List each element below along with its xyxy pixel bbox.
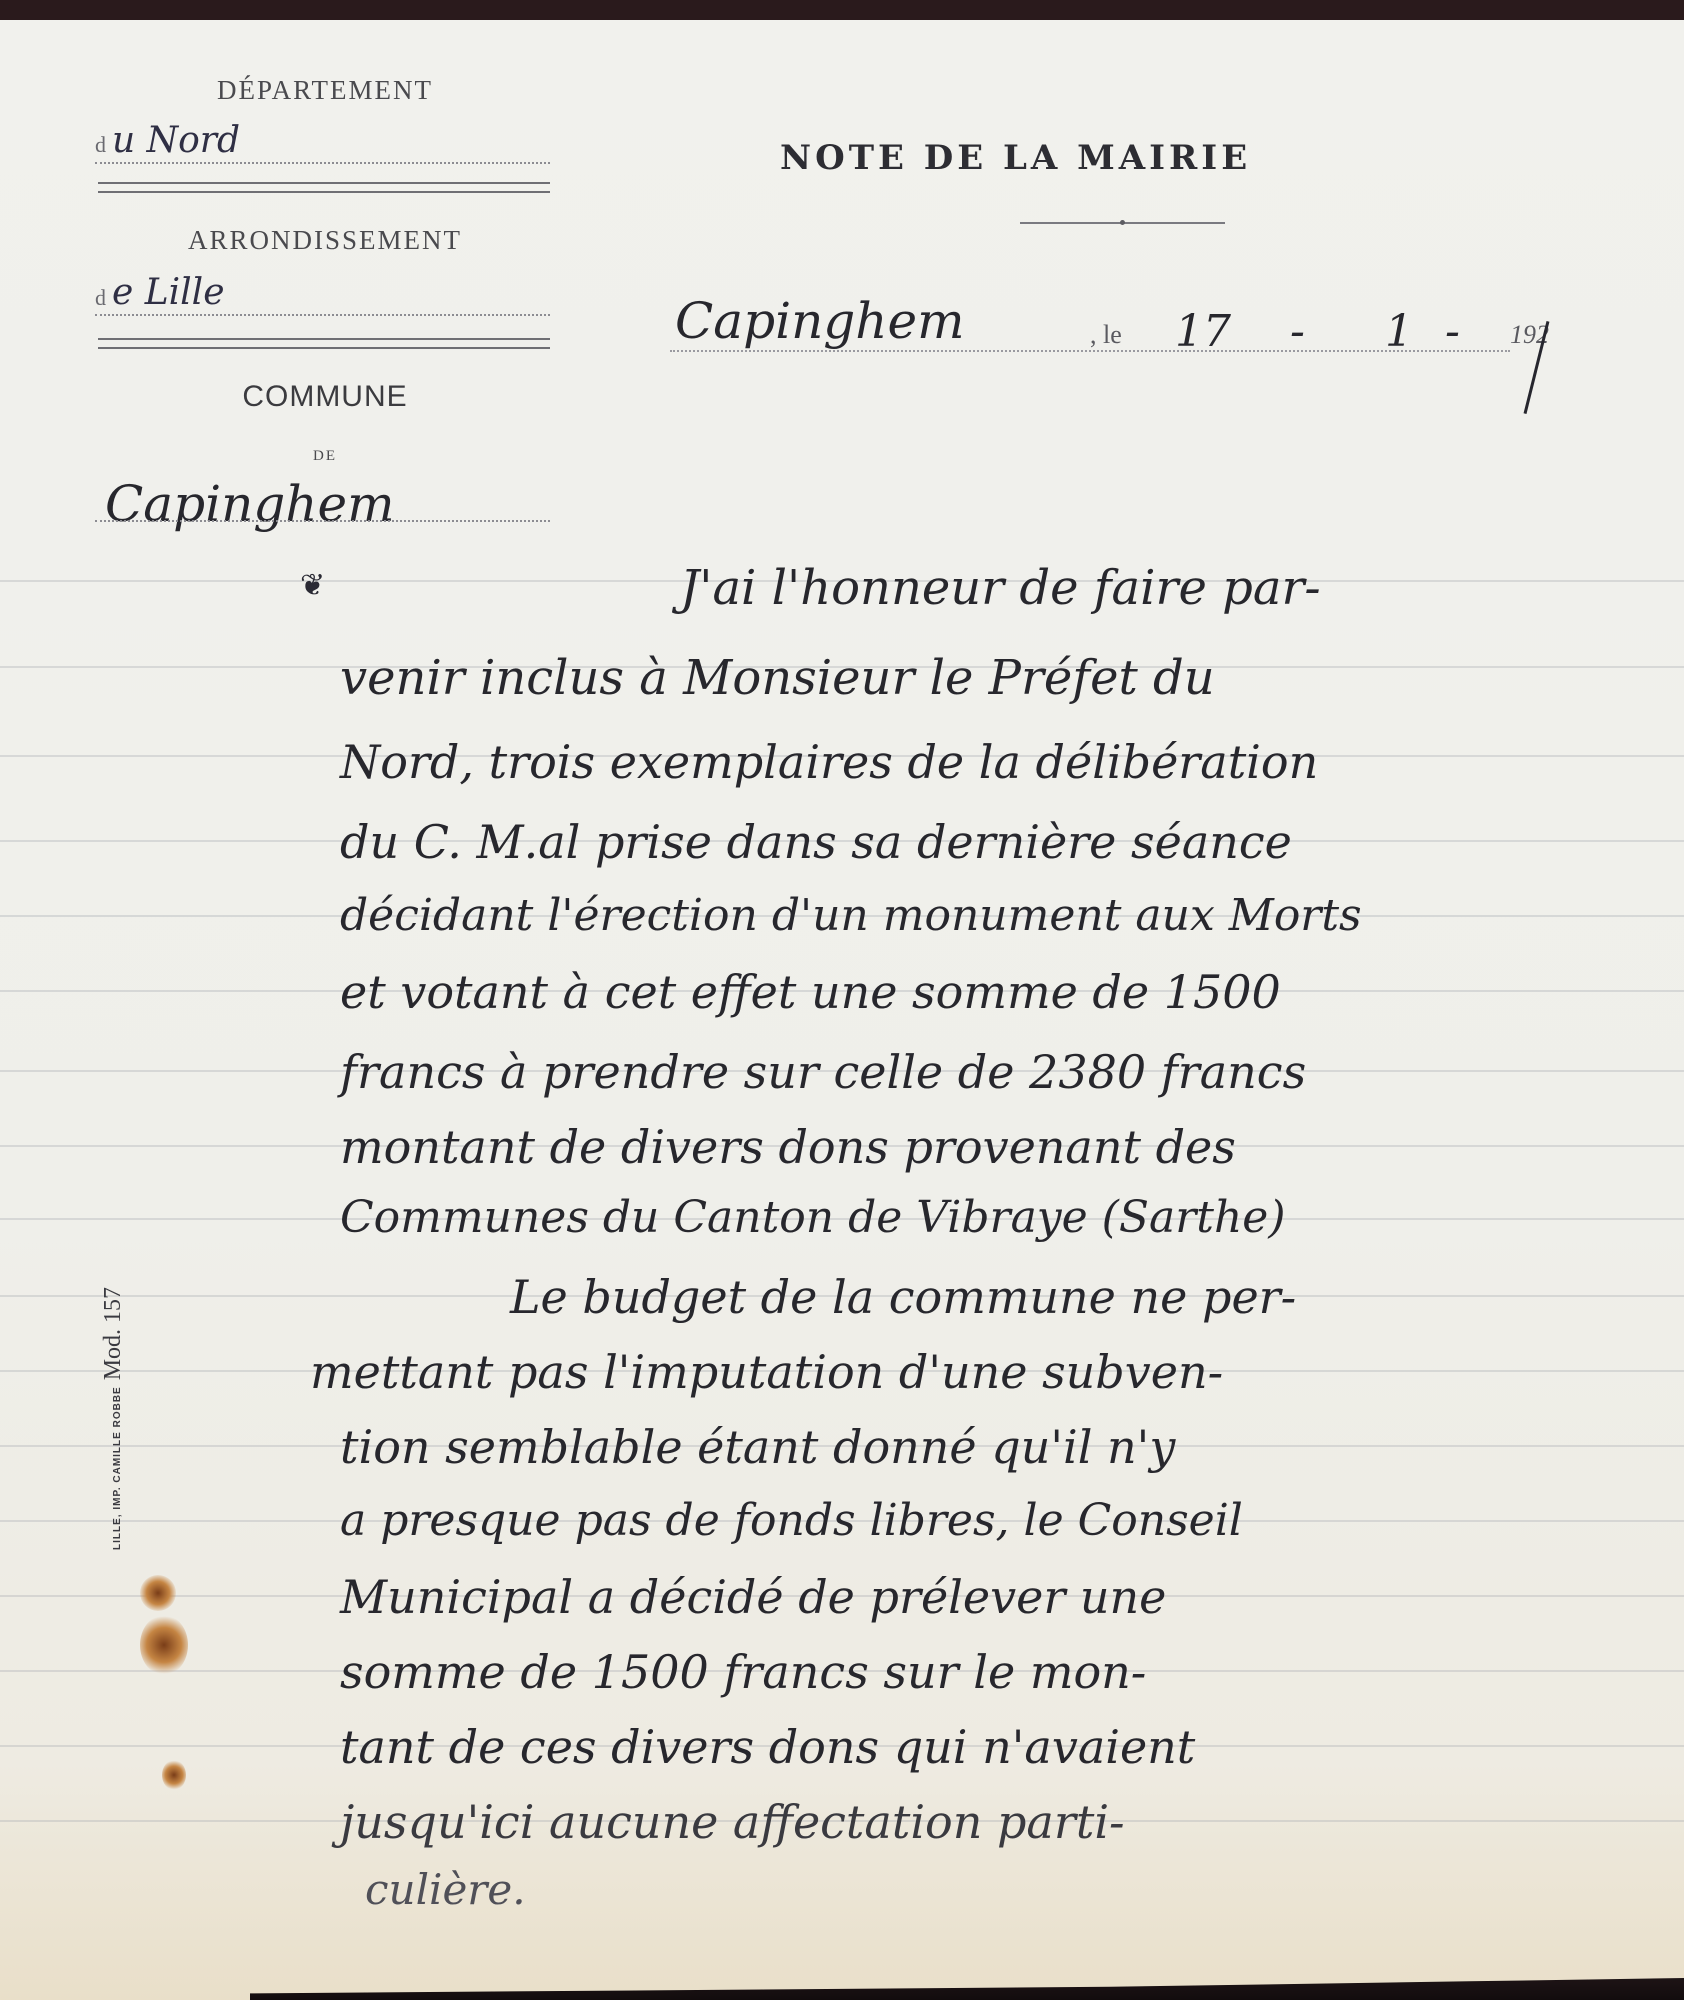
departement-label: DÉPARTEMENT (95, 75, 555, 106)
section-divider (98, 338, 550, 349)
title-underline (1020, 222, 1225, 224)
arrondissement-prefix: d (95, 285, 106, 311)
rust-stain (162, 1760, 186, 1790)
rust-stain (140, 1575, 176, 1611)
form-model-number: Mod. 157 (100, 1287, 126, 1380)
date-place: Capinghem (675, 292, 964, 350)
departement-prefix: d (95, 132, 106, 158)
printer-name: LILLE, IMP. CAMILLE ROBBE (112, 1386, 123, 1550)
departement-fill-line (95, 162, 550, 164)
date-month: 1 (1385, 306, 1413, 357)
body-line-14: Municipal a décidé de prélever une (340, 1570, 1166, 1624)
body-line-5: décidant l'érection d'un monument aux Mo… (340, 890, 1362, 941)
date-sep-1: - (1290, 306, 1305, 357)
printer-imprint: LILLE, IMP. CAMILLE ROBBEMod. 157 (100, 1287, 127, 1550)
body-line-12: tion semblable étant donné qu'il n'y (340, 1420, 1175, 1474)
body-line-13: a presque pas de fonds libres, le Consei… (340, 1495, 1243, 1546)
arrondissement-label: ARRONDISSEMENT (95, 225, 555, 256)
rust-stain (140, 1615, 188, 1675)
body-line-11: mettant pas l'imputation d'une subven- (310, 1345, 1223, 1399)
body-line-10: Le budget de la commune ne per- (510, 1270, 1296, 1324)
body-line-17: jusqu'ici aucune affectation parti- (340, 1795, 1125, 1849)
body-line-15: somme de 1500 francs sur le mon- (340, 1645, 1146, 1699)
date-day: 17 (1175, 306, 1231, 357)
body-line-6: et votant à cet effet une somme de 1500 (340, 965, 1281, 1019)
body-line-2: venir inclus à Monsieur le Préfet du (340, 650, 1215, 706)
body-line-1: J'ai l'honneur de faire par- (680, 560, 1321, 616)
document-page: DÉPARTEMENT d u Nord ARRONDISSEMENT d e … (0, 20, 1684, 2000)
commune-value: Capinghem (105, 475, 394, 533)
date-le: , le (1090, 320, 1122, 350)
commune-fill-line (95, 520, 550, 522)
body-line-3: Nord, trois exemplaires de la délibérati… (340, 735, 1318, 789)
departement-value: u Nord (112, 120, 240, 161)
body-line-8: montant de divers dons provenant des (340, 1120, 1236, 1174)
commune-label: COMMUNE (95, 380, 555, 414)
body-line-18: culière. (365, 1865, 526, 1914)
date-fill-line (670, 350, 1510, 352)
section-divider (98, 182, 550, 193)
flourish-icon: ❦ (300, 568, 325, 603)
arrondissement-value: e Lille (112, 272, 225, 313)
date-sep-2: - (1445, 306, 1460, 357)
commune-de: DE (95, 448, 555, 465)
page-edge-shadow (250, 1978, 1684, 2000)
page-title: NOTE DE LA MAIRIE (780, 138, 1470, 178)
body-line-9: Communes du Canton de Vibraye (Sarthe) (340, 1192, 1285, 1243)
body-line-7: francs à prendre sur celle de 2380 franc… (340, 1045, 1306, 1099)
body-line-4: du C. M.al prise dans sa dernière séance (340, 815, 1292, 869)
arrondissement-fill-line (95, 314, 550, 316)
body-line-16: tant de ces divers dons qui n'avaient (340, 1720, 1195, 1774)
